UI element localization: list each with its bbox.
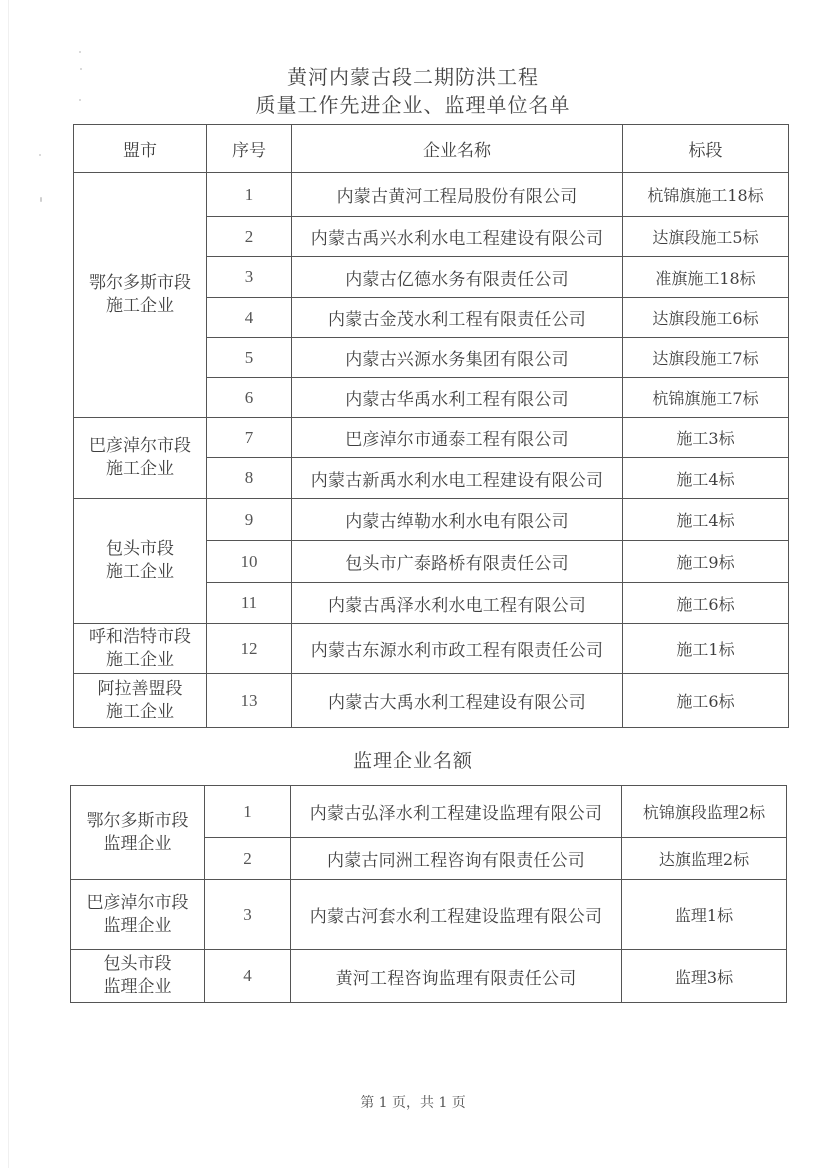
company-name: 巴彦淖尔市通泰工程有限公司: [292, 418, 623, 458]
section-label: 杭锦旗施工7标: [623, 378, 789, 418]
company-name: 内蒙古兴源水务集团有限公司: [292, 338, 623, 378]
row-number: 5: [207, 338, 292, 378]
row-number: 8: [207, 458, 292, 499]
region-line: 呼和浩特市段: [74, 626, 206, 649]
header-region: 盟市: [74, 125, 207, 173]
row-number: 13: [207, 674, 292, 728]
company-name: 内蒙古金茂水利工程有限责任公司: [292, 298, 623, 338]
company-name: 内蒙古禹兴水利水电工程建设有限公司: [292, 217, 623, 257]
region-cell: 鄂尔多斯市段 施工企业: [74, 173, 207, 418]
region-cell: 呼和浩特市段 施工企业: [74, 624, 207, 674]
company-name: 内蒙古华禹水利工程有限公司: [292, 378, 623, 418]
scan-speck: [39, 154, 41, 156]
region-line: 监理企业: [71, 976, 204, 999]
row-number: 12: [207, 624, 292, 674]
company-name: 内蒙古亿德水务有限责任公司: [292, 257, 623, 298]
region-cell: 包头市段 监理企业: [71, 950, 205, 1003]
row-number: 3: [207, 257, 292, 298]
section-label: 准旗施工18标: [623, 257, 789, 298]
region-line: 鄂尔多斯市段: [71, 810, 204, 833]
region-line: 施工企业: [74, 458, 206, 481]
region-line: 包头市段: [71, 953, 204, 976]
company-name: 内蒙古东源水利市政工程有限责任公司: [292, 624, 623, 674]
section-label: 施工9标: [623, 541, 789, 583]
header-number: 序号: [207, 125, 292, 173]
company-name: 内蒙古河套水利工程建设监理有限公司: [291, 880, 622, 950]
region-line: 鄂尔多斯市段: [74, 272, 206, 295]
company-name: 内蒙古禹泽水利水电工程有限公司: [292, 583, 623, 624]
table-row: 包头市段 施工企业 9 内蒙古绰勒水利水电有限公司 施工4标: [74, 499, 789, 541]
company-name: 包头市广泰路桥有限责任公司: [292, 541, 623, 583]
company-name: 内蒙古黄河工程局股份有限公司: [292, 173, 623, 217]
row-number: 2: [207, 217, 292, 257]
region-line: 施工企业: [74, 295, 206, 318]
construction-enterprise-table: 盟市 序号 企业名称 标段 鄂尔多斯市段 施工企业 1 内蒙古黄河工程局股份有限…: [73, 124, 789, 728]
region-cell: 包头市段 施工企业: [74, 499, 207, 624]
region-cell: 巴彦淖尔市段 施工企业: [74, 418, 207, 499]
company-name: 黄河工程咨询监理有限责任公司: [291, 950, 622, 1003]
supervision-section-title: 监理企业名额: [0, 746, 826, 773]
section-label: 达旗监理2标: [622, 838, 787, 880]
section-label: 监理3标: [622, 950, 787, 1003]
row-number: 3: [205, 880, 291, 950]
table-row: 阿拉善盟段 施工企业 13 内蒙古大禹水利工程建设有限公司 施工6标: [74, 674, 789, 728]
section-label: 杭锦旗段监理2标: [622, 786, 787, 838]
row-number: 4: [205, 950, 291, 1003]
header-section: 标段: [623, 125, 789, 173]
row-number: 2: [205, 838, 291, 880]
company-name: 内蒙古同洲工程咨询有限责任公司: [291, 838, 622, 880]
row-number: 1: [207, 173, 292, 217]
row-number: 10: [207, 541, 292, 583]
table-row: 包头市段 监理企业 4 黄河工程咨询监理有限责任公司 监理3标: [71, 950, 787, 1003]
table-row: 鄂尔多斯市段 监理企业 1 内蒙古弘泽水利工程建设监理有限公司 杭锦旗段监理2标: [71, 786, 787, 838]
company-name: 内蒙古弘泽水利工程建设监理有限公司: [291, 786, 622, 838]
company-name: 内蒙古绰勒水利水电有限公司: [292, 499, 623, 541]
table-header-row: 盟市 序号 企业名称 标段: [74, 125, 789, 173]
section-label: 施工4标: [623, 499, 789, 541]
section-label: 达旗段施工5标: [623, 217, 789, 257]
header-company: 企业名称: [292, 125, 623, 173]
row-number: 7: [207, 418, 292, 458]
section-label: 施工3标: [623, 418, 789, 458]
page-footer: 第 1 页，共 1 页: [0, 1092, 826, 1112]
region-line: 监理企业: [71, 915, 204, 938]
scan-speck: [79, 51, 81, 53]
section-label: 施工6标: [623, 583, 789, 624]
table-row: 巴彦淖尔市段 施工企业 7 巴彦淖尔市通泰工程有限公司 施工3标: [74, 418, 789, 458]
region-line: 施工企业: [74, 561, 206, 584]
table-row: 巴彦淖尔市段 监理企业 3 内蒙古河套水利工程建设监理有限公司 监理1标: [71, 880, 787, 950]
region-cell: 阿拉善盟段 施工企业: [74, 674, 207, 728]
scan-edge: [8, 0, 9, 1168]
row-number: 6: [207, 378, 292, 418]
table-row: 呼和浩特市段 施工企业 12 内蒙古东源水利市政工程有限责任公司 施工1标: [74, 624, 789, 674]
region-line: 施工企业: [74, 649, 206, 672]
document-title-line1: 黄河内蒙古段二期防洪工程: [0, 61, 826, 90]
section-label: 监理1标: [622, 880, 787, 950]
section-label: 施工6标: [623, 674, 789, 728]
row-number: 1: [205, 786, 291, 838]
section-label: 达旗段施工7标: [623, 338, 789, 378]
region-line: 包头市段: [74, 538, 206, 561]
row-number: 9: [207, 499, 292, 541]
region-line: 阿拉善盟段: [74, 678, 206, 701]
row-number: 4: [207, 298, 292, 338]
region-line: 监理企业: [71, 833, 204, 856]
company-name: 内蒙古大禹水利工程建设有限公司: [292, 674, 623, 728]
section-label: 达旗段施工6标: [623, 298, 789, 338]
row-number: 11: [207, 583, 292, 624]
document-title-line2: 质量工作先进企业、监理单位名单: [0, 89, 826, 118]
table-row: 鄂尔多斯市段 施工企业 1 内蒙古黄河工程局股份有限公司 杭锦旗施工18标: [74, 173, 789, 217]
region-line: 施工企业: [74, 701, 206, 724]
company-name: 内蒙古新禹水利水电工程建设有限公司: [292, 458, 623, 499]
region-cell: 鄂尔多斯市段 监理企业: [71, 786, 205, 880]
scan-speck: [40, 197, 42, 202]
region-line: 巴彦淖尔市段: [74, 435, 206, 458]
region-line: 巴彦淖尔市段: [71, 892, 204, 915]
supervision-enterprise-table: 鄂尔多斯市段 监理企业 1 内蒙古弘泽水利工程建设监理有限公司 杭锦旗段监理2标…: [70, 785, 787, 1003]
section-label: 施工4标: [623, 458, 789, 499]
region-cell: 巴彦淖尔市段 监理企业: [71, 880, 205, 950]
section-label: 杭锦旗施工18标: [623, 173, 789, 217]
section-label: 施工1标: [623, 624, 789, 674]
